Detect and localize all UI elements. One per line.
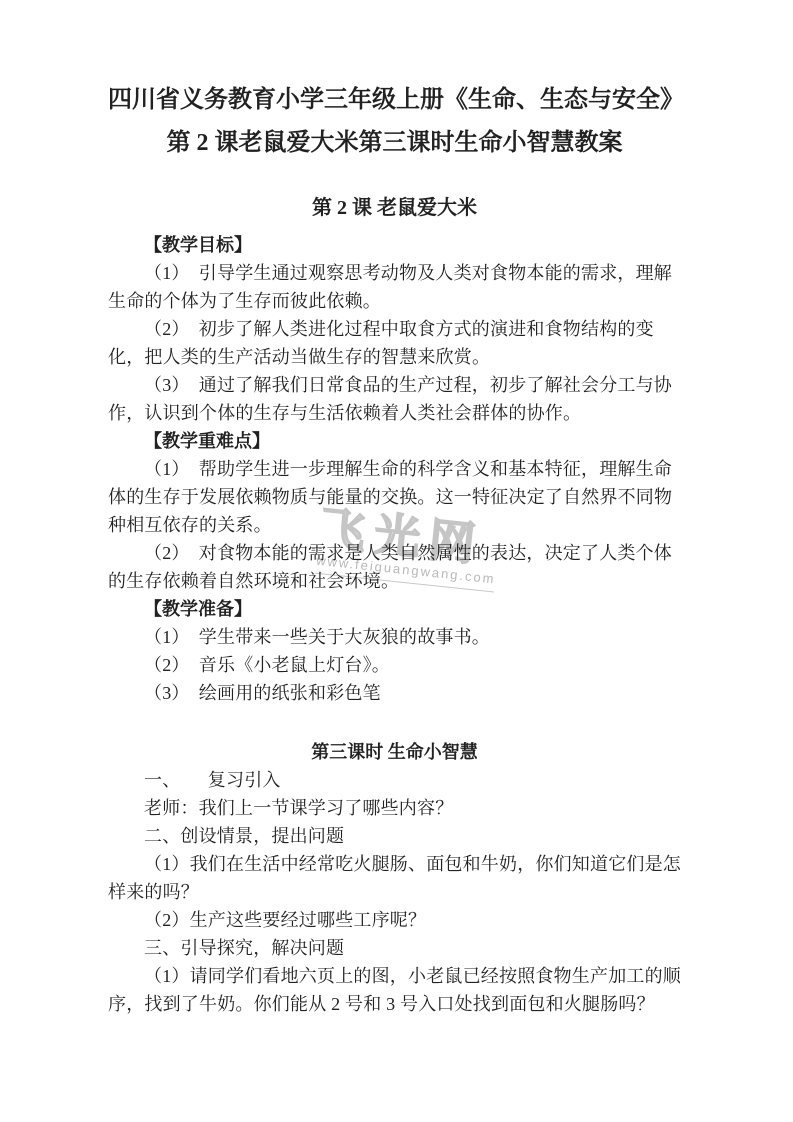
paragraph: 一、 复习引入 bbox=[108, 766, 681, 794]
section-key-points: 【教学重难点】 （1） 帮助学生进一步理解生命的科学含义和基本特征，理解生命体的… bbox=[108, 427, 681, 595]
paragraph: 老师：我们上一节课学习了哪些内容？ bbox=[108, 794, 681, 822]
paragraph: 三、引导探究，解决问题 bbox=[108, 934, 681, 962]
document-title-line-2: 第 2 课老鼠爱大米第三课时生命小智慧教案 bbox=[108, 122, 681, 165]
paragraph: （2） 初步了解人类进化过程中取食方式的演进和食物结构的变化，把人类的生产活动当… bbox=[108, 315, 681, 371]
section-heading-teaching-goals: 【教学目标】 bbox=[108, 231, 681, 259]
paragraph: （3） 通过了解我们日常食品的生产过程，初步了解社会分工与协作，认识到个体的生存… bbox=[108, 371, 681, 427]
period-heading: 第三课时 生命小智慧 bbox=[108, 738, 681, 766]
paragraph: （3） 绘画用的纸张和彩色笔 bbox=[108, 679, 681, 707]
document-title-line-1: 四川省义务教育小学三年级上册《生命、生态与安全》 bbox=[108, 79, 681, 122]
paragraph: （1）我们在生活中经常吃火腿肠、面包和牛奶，你们知道它们是怎样来的吗？ bbox=[108, 850, 681, 906]
section-teaching-goals: 【教学目标】 （1） 引导学生通过观察思考动物及人类对食物本能的需求，理解生命的… bbox=[108, 231, 681, 427]
paragraph: （2）生产这些要经过哪些工序呢？ bbox=[108, 906, 681, 934]
document-page: 飞光网 www.feiguangwang.com 四川省义务教育小学三年级上册《… bbox=[0, 0, 793, 1122]
paragraph: （1）请同学们看地六页上的图，小老鼠已经按照食物生产加工的顺序，找到了牛奶。你们… bbox=[108, 962, 681, 1018]
paragraph: （2） 对食物本能的需求是人类自然属性的表达，决定了人类个体的生存依赖着自然环境… bbox=[108, 539, 681, 595]
document-title: 四川省义务教育小学三年级上册《生命、生态与安全》 第 2 课老鼠爱大米第三课时生… bbox=[108, 0, 681, 165]
section-lesson-process: 一、 复习引入 老师：我们上一节课学习了哪些内容？ 二、创设情景，提出问题 （1… bbox=[108, 766, 681, 1018]
paragraph: （1） 帮助学生进一步理解生命的科学含义和基本特征，理解生命体的生存于发展依赖物… bbox=[108, 455, 681, 539]
paragraph: 二、创设情景，提出问题 bbox=[108, 822, 681, 850]
paragraph: （2） 音乐《小老鼠上灯台》。 bbox=[108, 651, 681, 679]
section-heading-key-points: 【教学重难点】 bbox=[108, 427, 681, 455]
section-heading-preparation: 【教学准备】 bbox=[108, 595, 681, 623]
paragraph: （1） 学生带来一些关于大灰狼的故事书。 bbox=[108, 623, 681, 651]
lesson-title: 第 2 课 老鼠爱大米 bbox=[108, 193, 681, 223]
document-content: 四川省义务教育小学三年级上册《生命、生态与安全》 第 2 课老鼠爱大米第三课时生… bbox=[0, 0, 793, 1018]
paragraph: （1） 引导学生通过观察思考动物及人类对食物本能的需求，理解生命的个体为了生存而… bbox=[108, 259, 681, 315]
section-preparation: 【教学准备】 （1） 学生带来一些关于大灰狼的故事书。 （2） 音乐《小老鼠上灯… bbox=[108, 595, 681, 707]
